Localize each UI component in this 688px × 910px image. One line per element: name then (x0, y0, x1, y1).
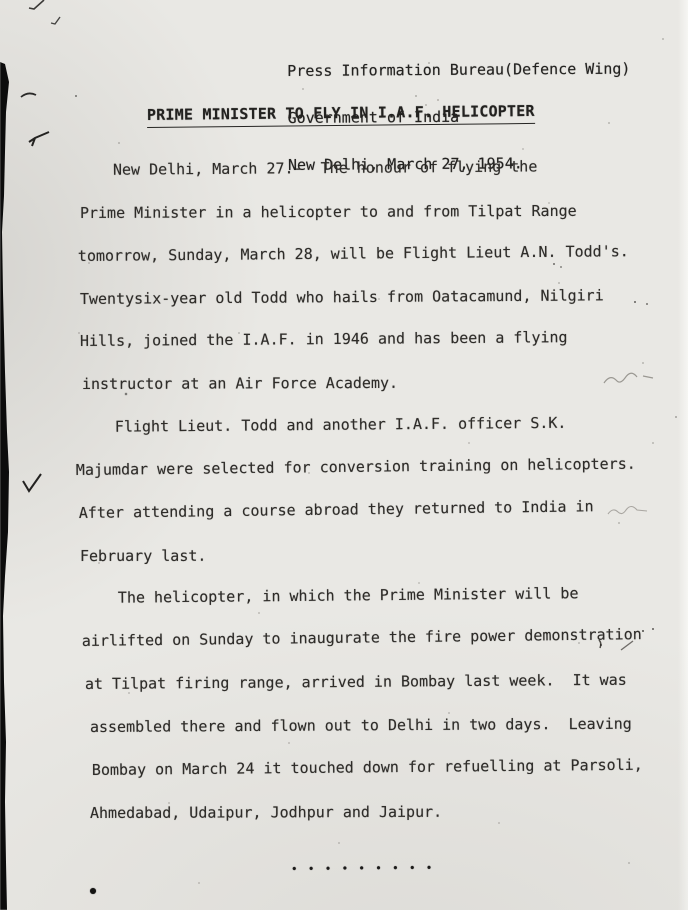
scan-tick-mark (50, 15, 62, 25)
scan-tick-mark (20, 472, 44, 494)
paper-speck-noise-dark (0, 0, 2, 2)
footer-dotted-rule: • • • • • • • • • (291, 861, 434, 875)
ink-blot-dot (90, 888, 96, 894)
document-title: PRIME MINISTER TO FLY IN I.A.F. HELICOPT… (147, 101, 535, 124)
letterhead-line-bureau: Press Information Bureau(Defence Wing) (287, 62, 630, 80)
body-text: New Delhi, March 27.- The honour of flyi… (78, 161, 668, 847)
pencil-scribble-mark (606, 503, 652, 519)
scan-torn-edge (0, 0, 12, 910)
body-line: airlifted on Sunday to inaugurate the fi… (82, 625, 668, 675)
body-line: Majumdar were selected for conversion tr… (76, 454, 668, 504)
body-line: Prime Minister in a helicopter to and fr… (80, 201, 668, 246)
scan-tick-mark (28, 0, 46, 10)
scanned-document-page: Press Information Bureau(Defence Wing) G… (0, 0, 688, 910)
scan-tick-mark (26, 129, 52, 147)
body-line: at Tilpat firing range, arrived in Bomba… (85, 671, 668, 718)
scan-tick-mark (20, 90, 38, 100)
body-line: Bombay on March 24 it touched down for r… (92, 755, 668, 803)
body-line: Hills, joined the I.A.F. in 1946 and has… (80, 328, 668, 375)
body-line: assembled there and flown out to Delhi i… (90, 714, 668, 760)
document-title-text: PRIME MINISTER TO FLY IN I.A.F. HELICOPT… (147, 102, 535, 128)
body-line: Flight Lieut. Todd and another I.A.F. of… (80, 413, 668, 461)
body-line: After attending a course abroad they ret… (79, 496, 669, 547)
body-line: February last. (80, 546, 668, 590)
body-line: instructor at an Air Force Academy. (82, 373, 668, 418)
body-line: tomorrow, Sunday, March 28, will be Flig… (78, 242, 668, 290)
scan-slash-mark (618, 639, 636, 653)
body-line: Twentysix-year old Todd who hails from O… (80, 285, 668, 332)
body-line: New Delhi, March 27.- The honour of flyi… (78, 156, 668, 203)
scan-comma-mark (596, 638, 604, 650)
pencil-scribble-mark (602, 370, 658, 388)
body-line: Ahmedabad, Udaipur, Jodhpur and Jaipur. (90, 802, 668, 847)
